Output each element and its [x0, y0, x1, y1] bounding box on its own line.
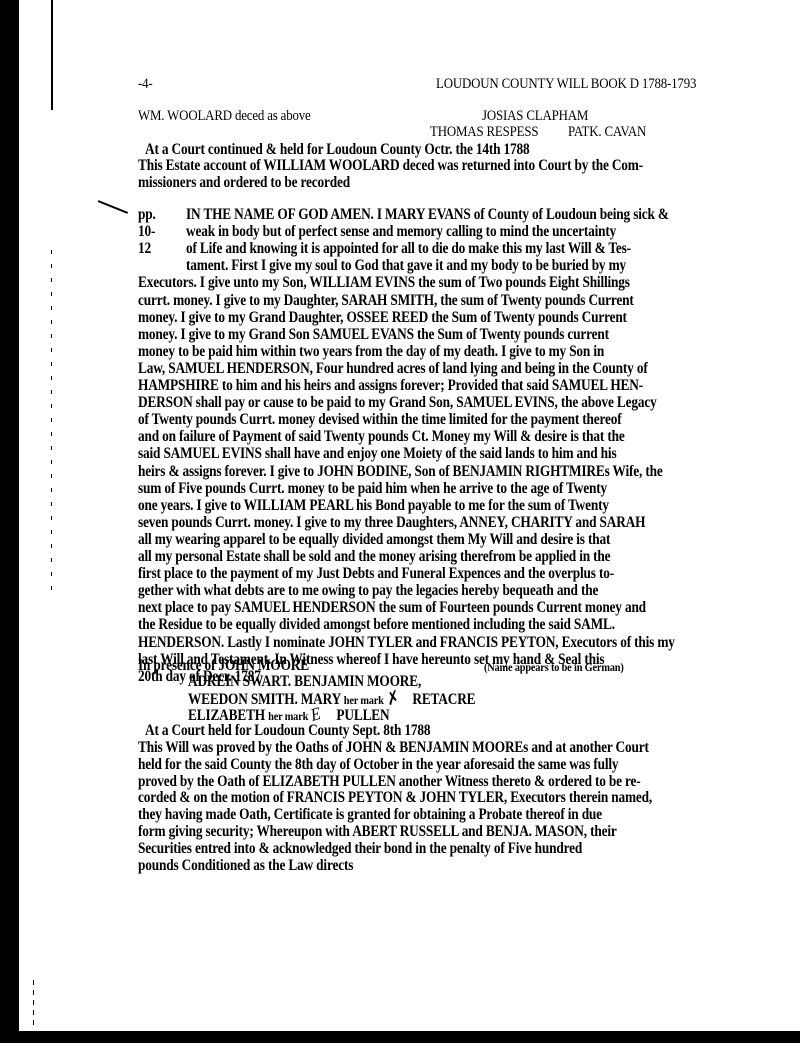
page-ref: pp.	[138, 206, 156, 223]
binding-line	[51, 0, 53, 110]
witness-surname: RETACRE	[412, 691, 475, 708]
mark-label: her mark	[344, 693, 384, 707]
probate-court-line: At a Court held for Loudoun County Sept.…	[145, 722, 430, 739]
will-text-line: of Life and knowing it is appointed for …	[186, 240, 631, 257]
will-text-line: money to be paid him within two years fr…	[138, 343, 604, 360]
probate-text-line: Securities entred into & acknowledged th…	[138, 840, 582, 857]
will-text-line: seven pounds Currt. money. I give to my …	[138, 514, 645, 531]
page-number: -4-	[138, 76, 153, 93]
probate-text-line: they having made Oath, Certificate is gr…	[138, 806, 602, 823]
witness-line: ADREIN SWART. BENJAMIN MOORE,	[188, 673, 421, 690]
will-text-line: tament. First I give my soul to God that…	[186, 257, 626, 274]
estate-court-line: At a Court continued & held for Loudoun …	[145, 141, 530, 158]
witness-intro: In presence of JOHN MOORE	[138, 657, 309, 674]
probate-text-line: corded & on the motion of FRANCIS PEYTON…	[138, 789, 652, 806]
will-text-line: one years. I give to WILLIAM PEARL his B…	[138, 497, 609, 514]
probate-text-line: pounds Conditioned as the Law directs	[138, 857, 353, 874]
will-text-line: all my personal Estate shall be sold and…	[138, 548, 610, 565]
signer-josias-clapham: JOSIAS CLAPHAM	[482, 108, 588, 125]
probate-text-line: This Will was proved by the Oaths of JOH…	[138, 739, 649, 756]
will-text-line: and on failure of Payment of said Twenty…	[138, 428, 625, 445]
will-text-line: the Residue to be equally divided amongs…	[138, 616, 615, 633]
estate-text-line: This Estate account of WILLIAM WOOLARD d…	[138, 157, 643, 174]
will-text-line: first place to the payment of my Just De…	[138, 565, 614, 582]
probate-text-line: proved by the Oath of ELIZABETH PULLEN a…	[138, 773, 641, 790]
will-text-line: said SAMUEL EVINS shall have and enjoy o…	[138, 445, 616, 462]
mark-label: her mark	[268, 709, 308, 723]
signer-patk-cavan: PATK. CAVAN	[568, 124, 646, 141]
will-text-line: HAMPSHIRE to him and his heirs and assig…	[138, 377, 643, 394]
signer-thomas-respess: THOMAS RESPESS	[430, 124, 538, 141]
estate-heading: WM. WOOLARD deced as above	[138, 108, 311, 125]
will-text-line: Executors. I give unto my Son, WILLIAM E…	[138, 274, 630, 291]
will-text-line: of Twenty pounds Currt. money devised wi…	[138, 411, 622, 428]
page-ref: 12	[138, 240, 151, 257]
will-text-line: money. I give to my Grand Daughter, OSSE…	[138, 309, 627, 326]
binding-line-faint	[51, 250, 52, 590]
will-text-line: currt. money. I give to my Daughter, SAR…	[138, 292, 634, 309]
will-text-line: heirs & assigns forever. I give to JOHN …	[138, 463, 663, 480]
will-text-line: DERSON shall pay or cause to be paid to …	[138, 394, 657, 411]
will-text-line: gether with what debts are to me owing t…	[138, 582, 598, 599]
scan-edge-bottom	[0, 1031, 800, 1043]
probate-text-line: held for the said County the 8th day of …	[138, 756, 618, 773]
scan-edge-left	[0, 0, 19, 1040]
will-text-line: HENDERSON. Lastly I nominate JOHN TYLER …	[138, 634, 675, 651]
probate-text-line: form giving security; Whereupon with ABE…	[138, 823, 617, 840]
running-title: LOUDOUN COUNTY WILL BOOK D 1788-1793	[436, 76, 696, 93]
will-text-line: Law, SAMUEL HENDERSON, Four hundred acre…	[138, 360, 648, 377]
will-text-line: weak in body but of perfect sense and me…	[186, 223, 616, 240]
page-ref: 10-	[138, 223, 155, 240]
will-text-line: next place to pay SAMUEL HENDERSON the s…	[138, 599, 646, 616]
will-text-line: money. I give to my Grand Son SAMUEL EVA…	[138, 326, 609, 343]
will-text-line: sum of Five pounds Currt. money to be pa…	[138, 480, 607, 497]
will-text-line: all my wearing apparel to be equally div…	[138, 531, 610, 548]
witness-note: (Name appears to be in German)	[484, 659, 624, 676]
estate-text-line: missioners and ordered to be recorded	[138, 174, 350, 191]
will-text-line: IN THE NAME OF GOD AMEN. I MARY EVANS of…	[186, 206, 669, 223]
binding-line-bottom	[33, 980, 34, 1025]
margin-pen-stroke	[98, 200, 128, 214]
